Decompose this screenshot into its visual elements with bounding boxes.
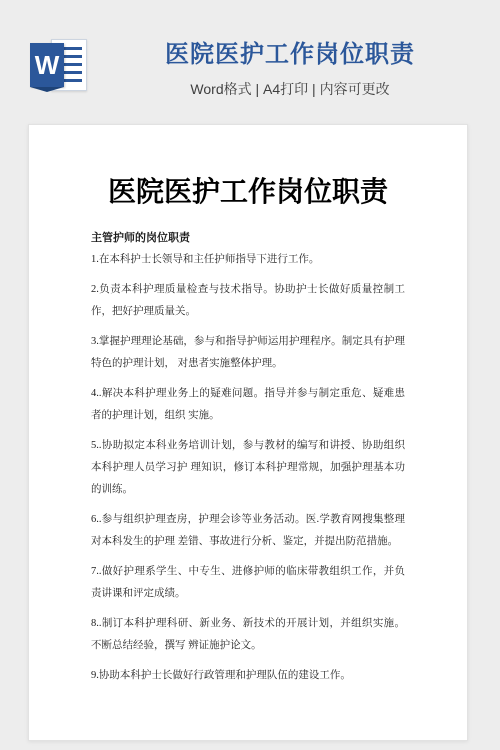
header-subtitle: Word格式 | A4打印 | 内容可更改 <box>95 79 485 99</box>
word-icon-letter: W <box>35 52 60 78</box>
paragraph: 5..协助拟定本科业务培训计划，参与教材的编写和讲授、协助组织本科护理人员学习护… <box>91 435 405 501</box>
paragraph: 9.协助本科护士长做好行政管理和护理队伍的建设工作。 <box>91 665 405 687</box>
preview-background: { "header": { "icon": { "name": "word-fi… <box>0 0 500 750</box>
paragraph: 4..解决本科护理业务上的疑难问题。指导并参与制定重危、疑难患者的护理计划，组织… <box>91 383 405 427</box>
header-text: 医院医护工作岗位职责 Word格式 | A4打印 | 内容可更改 <box>95 41 485 99</box>
paragraph: 7..做好护理系学生、中专生、进修护师的临床带教组织工作，并负责讲课和评定成绩。 <box>91 561 405 605</box>
paragraph: 2.负责本科护理质量检查与技术指导。协助护士长做好质量控制工作，把好护理质量关。 <box>91 279 405 323</box>
word-icon-w-panel: W <box>30 43 64 87</box>
header: W 医院医护工作岗位职责 Word格式 | A4打印 | 内容可更改 <box>0 0 500 112</box>
document-title: 医院医护工作岗位职责 <box>91 175 405 211</box>
word-file-icon: W <box>30 37 88 93</box>
document-page: 医院医护工作岗位职责 主管护师的岗位职责 1.在本科护士长领导和主任护师指导下进… <box>28 124 468 741</box>
paragraph: 6..参与组织护理查房，护理会诊等业务活动。医.学教育网搜集整理对本科发生的护理… <box>91 509 405 553</box>
paragraph: 3.掌握护理理论基础，参与和指导护师运用护理程序。制定具有护理特色的护理计划， … <box>91 331 405 375</box>
document-body: 1.在本科护士长领导和主任护师指导下进行工作。2.负责本科护理质量检查与技术指导… <box>91 249 405 687</box>
paragraph: 8..制订本科护理科研、新业务、新技术的开展计划，并组织实施。不断总结经验，撰写… <box>91 613 405 657</box>
header-title: 医院医护工作岗位职责 <box>95 41 485 70</box>
paragraph: 1.在本科护士长领导和主任护师指导下进行工作。 <box>91 249 405 271</box>
word-icon-text-lines <box>61 47 82 84</box>
section-heading: 主管护师的岗位职责 <box>91 227 405 249</box>
